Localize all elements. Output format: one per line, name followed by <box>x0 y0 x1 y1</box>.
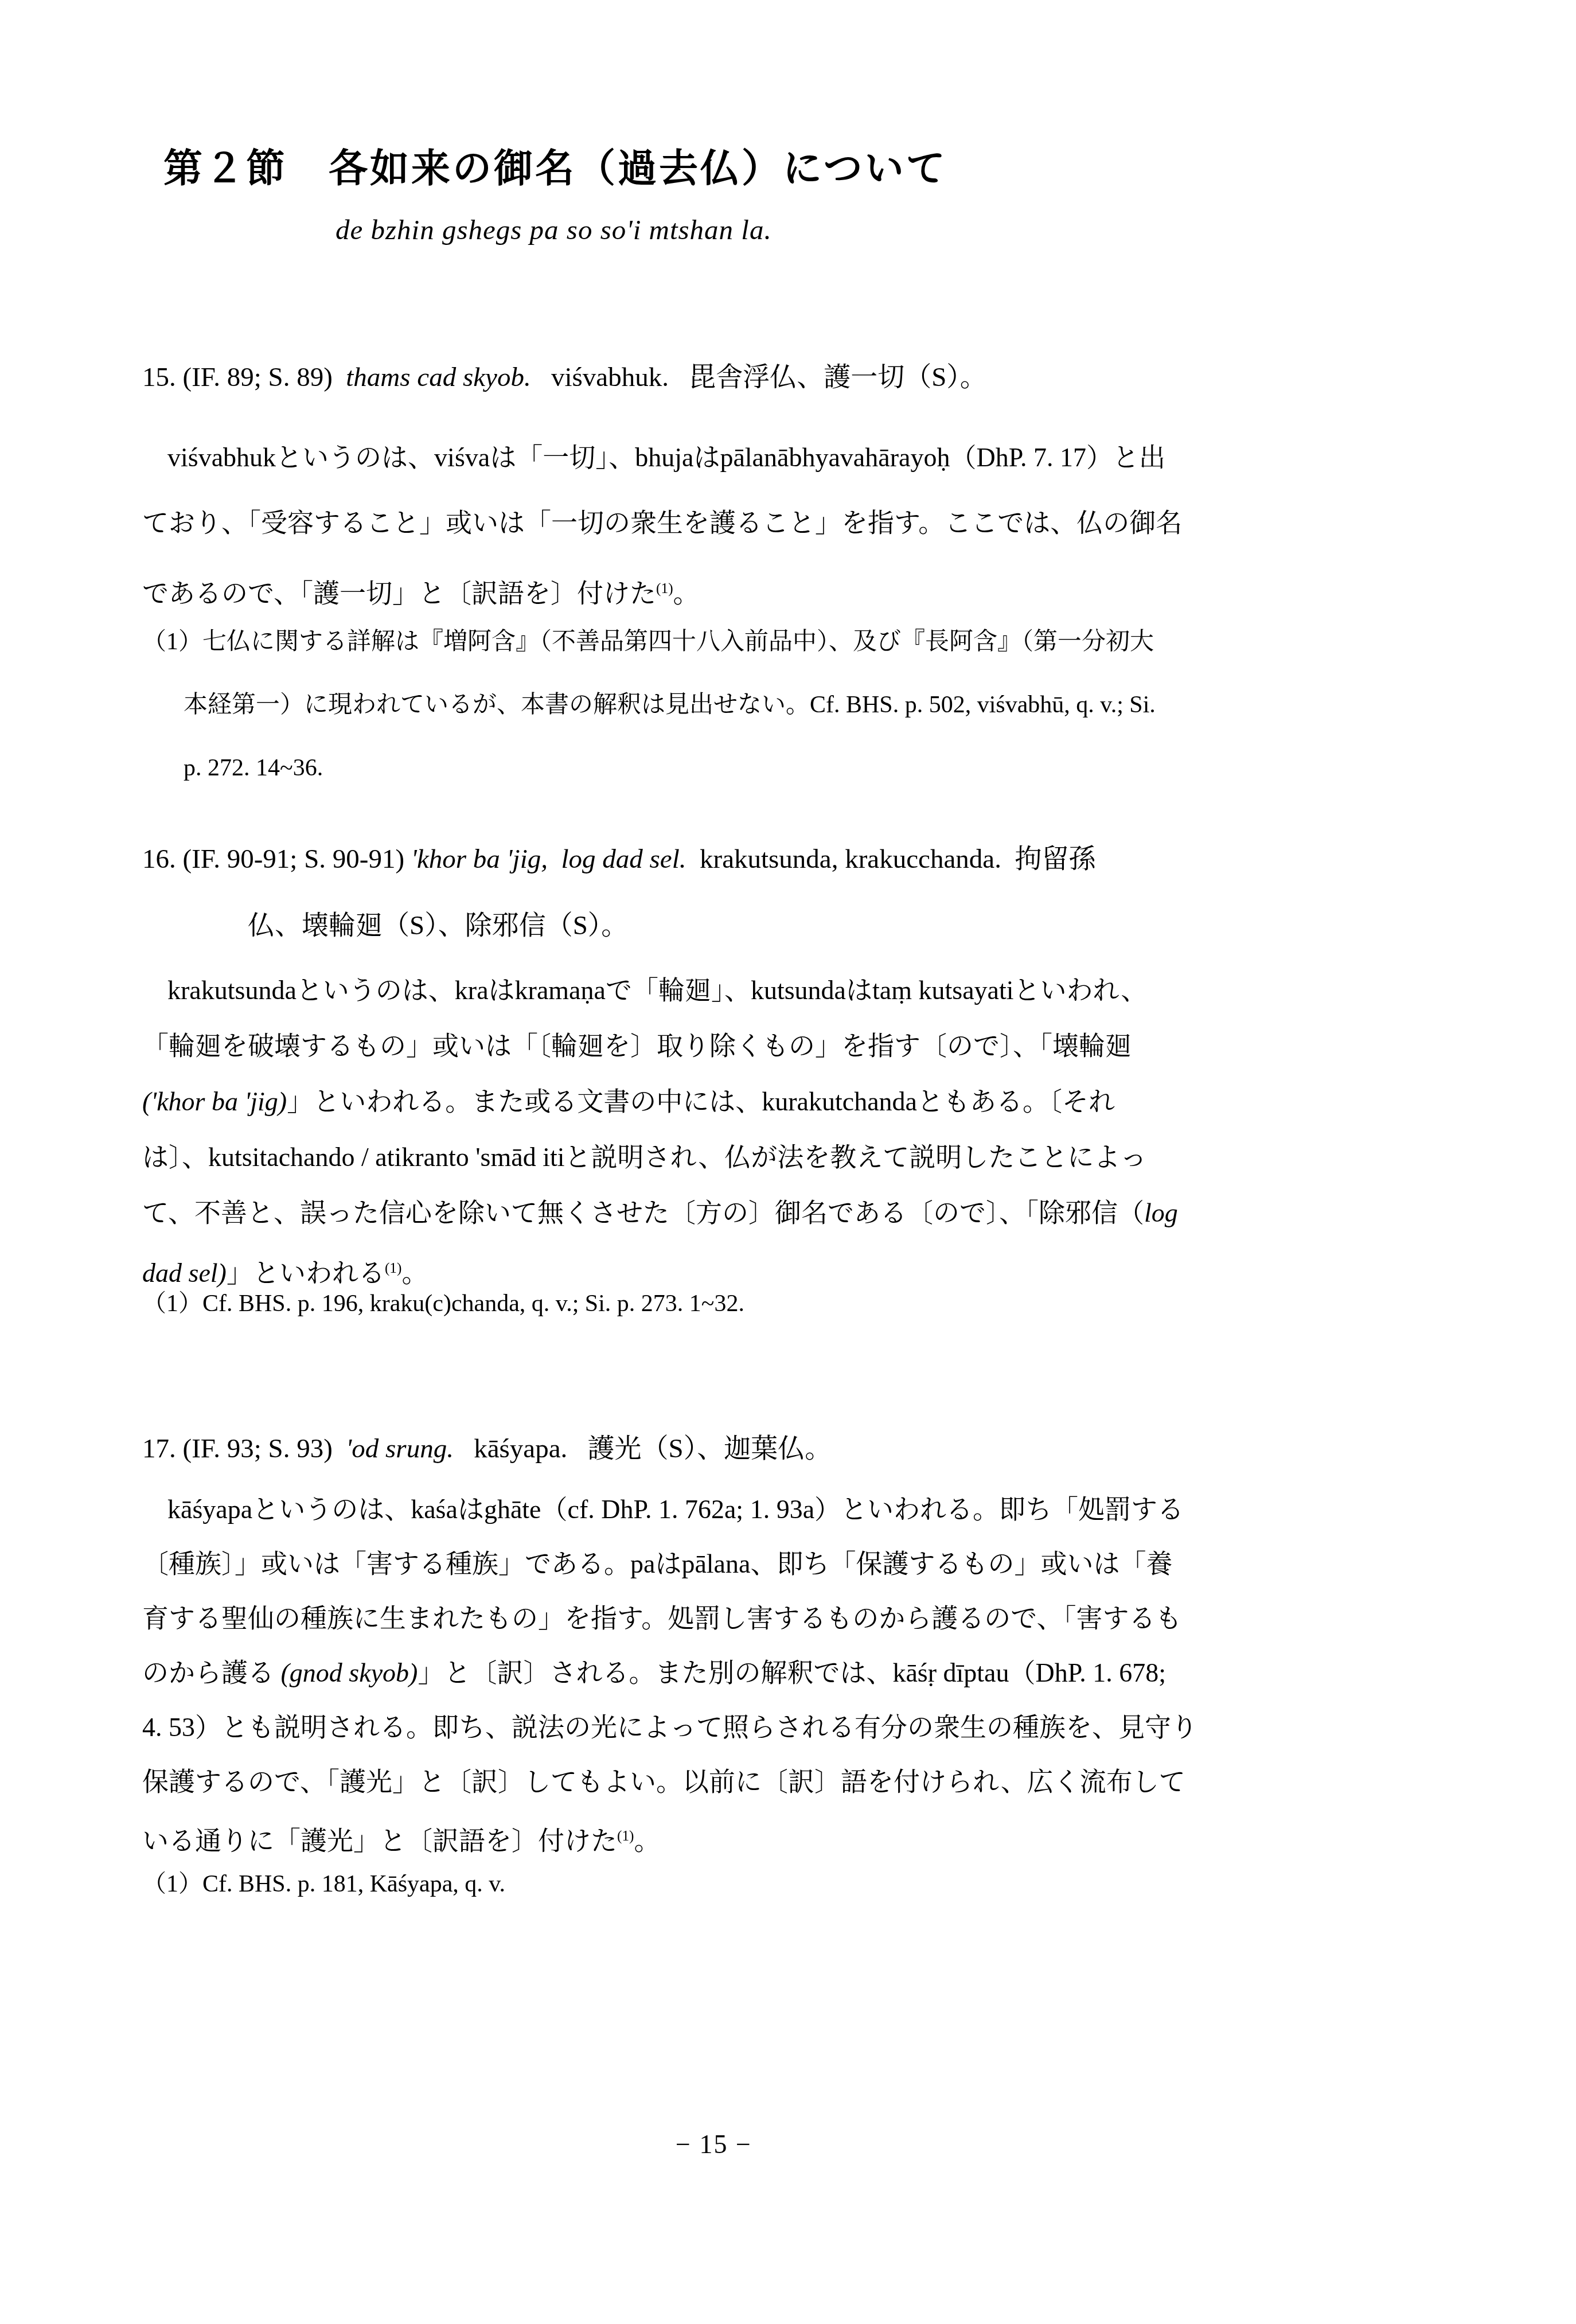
text-segment: （1）七仏に関する詳解は『増阿含』（不善品第四十八入前品中）、及び『長阿含』（第… <box>142 629 1154 655</box>
entry-17-body-line: 保護するので、「護光」と〔訳〕してもよい。以前に〔訳〕語を付けられ、広く流布して <box>142 1754 1440 1809</box>
entry-16-heading-line: 仏、壊輪廻（S）、除邪信（S）。 <box>142 892 1440 959</box>
entry-15-footnote-line: p. 272. 14~36. <box>142 736 1440 800</box>
entry-17-footnote: （1）Cf. BHS. p. 181, Kāśyapa, q. v. <box>142 1853 1440 1916</box>
entry-17-body-line: 4. 53）とも説明される。即ち、説法の光によって照らされる有分の衆生の種族を、… <box>142 1700 1440 1754</box>
entry-16-footnote-line: （1）Cf. BHS. p. 196, kraku(c)chanda, q. v… <box>142 1272 1440 1335</box>
entry-17-body-line: 育する聖仙の種族に生まれたもの」を指す。処罰し害するものから護るので、「害するも <box>142 1591 1440 1645</box>
text-segment-sup: (1) <box>617 1828 634 1844</box>
text-segment: 」と〔訳〕される。また別の解釈では、kāśṛ dīptau（DhP. 1. 67… <box>418 1658 1166 1687</box>
entry-15-footnote-line: （1）七仏に関する詳解は『増阿含』（不善品第四十八入前品中）、及び『長阿含』（第… <box>142 610 1440 673</box>
text-segment: （1）Cf. BHS. p. 181, Kāśyapa, q. v. <box>142 1871 505 1897</box>
text-segment: viśvabhuk. 毘舎浮仏、護一切（S）。 <box>531 362 987 392</box>
text-segment-italic: 'khor ba 'jig, <box>411 844 548 874</box>
text-segment-sup: (1) <box>656 580 673 596</box>
entry-15-body-line: viśvabhukというのは、viśvaは「一切」、bhujaはpālanābh… <box>142 425 1440 490</box>
text-segment: krakutsunda, krakucchanda. 拘留孫 <box>686 844 1096 874</box>
text-segment-italic: thams cad skyob. <box>346 362 530 392</box>
entry-15-body: viśvabhukというのは、viśvaは「一切」、bhujaはpālanābh… <box>142 425 1440 626</box>
text-segment <box>548 844 561 874</box>
text-segment: viśvabhukというのは、viśvaは「一切」、bhujaはpālanābh… <box>167 443 1165 472</box>
text-segment: kāśyapa. 護光（S）、迦葉仏。 <box>454 1434 832 1464</box>
entry-17-body-line: kāśyapaというのは、kaśaはghāte（cf. DhP. 1. 762a… <box>142 1482 1440 1537</box>
text-segment: 17. (IF. 93; S. 93) <box>142 1434 346 1464</box>
text-segment: は〕、kutsitachando / atikranto 'smād itiと説… <box>142 1142 1146 1172</box>
entry-17-footnote-line: （1）Cf. BHS. p. 181, Kāśyapa, q. v. <box>142 1853 1440 1916</box>
entry-15-heading-line: 15. (IF. 89; S. 89) thams cad skyob. viś… <box>142 344 1440 411</box>
entry-16-body-line: は〕、kutsitachando / atikranto 'smād itiと説… <box>142 1129 1440 1185</box>
entry-17-heading: 17. (IF. 93; S. 93) 'od srung. kāśyapa. … <box>142 1416 1440 1482</box>
text-segment-italic: 'od srung. <box>346 1434 454 1464</box>
entry-15-heading: 15. (IF. 89; S. 89) thams cad skyob. viś… <box>142 344 1440 411</box>
text-segment: いる通りに「護光」と〔訳語を〕付けた <box>142 1826 617 1855</box>
entry-16-body: krakutsundaというのは、kraはkramaṇaで「輪廻」、kutsun… <box>142 962 1440 1301</box>
text-segment: kāśyapaというのは、kaśaはghāte（cf. DhP. 1. 762a… <box>167 1495 1184 1524</box>
entry-17-body-line: 〔種族〕」或いは「害する種族」である。paはpālana、即ち「保護するもの」或… <box>142 1537 1440 1591</box>
text-segment: 本経第一）に現われているが、本書の解釈は見出せない。Cf. BHS. p. 50… <box>184 692 1156 718</box>
text-segment: 4. 53）とも説明される。即ち、説法の光によって照らされる有分の衆生の種族を、… <box>142 1713 1197 1742</box>
text-segment: p. 272. 14~36. <box>184 755 323 781</box>
text-segment: krakutsundaというのは、kraはkramaṇaで「輪廻」、kutsun… <box>167 976 1147 1005</box>
entry-15-footnote-line: 本経第一）に現われているが、本書の解釈は見出せない。Cf. BHS. p. 50… <box>142 673 1440 736</box>
section-subtitle: de bzhin gshegs pa so so'i mtshan la. <box>336 213 772 246</box>
text-segment: 」といわれる。また或る文書の中には、kurakutchandaともある。〔それ <box>287 1087 1115 1116</box>
scanned-document-page: 第２節 各如来の御名（過去仏）について de bzhin gshegs pa s… <box>0 0 1576 2324</box>
text-segment: 保護するので、「護光」と〔訳〕してもよい。以前に〔訳〕語を付けられ、広く流布して <box>142 1767 1185 1796</box>
text-segment: であるので、「護一切」と〔訳語を〕付けた <box>142 579 656 608</box>
entry-17-body-line: のから護る (gnod skyob)」と〔訳〕される。また別の解釈では、kāśṛ… <box>142 1645 1440 1700</box>
entry-16-footnote: （1）Cf. BHS. p. 196, kraku(c)chanda, q. v… <box>142 1272 1440 1335</box>
entry-17-body: kāśyapaというのは、kaśaはghāte（cf. DhP. 1. 762a… <box>142 1482 1440 1868</box>
text-segment: 。 <box>634 1826 661 1855</box>
entry-16-body-line: て、不善と、誤った信心を除いて無くさせた〔方の〕御名である〔ので〕、「除邪信（l… <box>142 1185 1440 1241</box>
text-segment: 育する聖仙の種族に生まれたもの」を指す。処罰し害するものから護るので、「害するも <box>142 1604 1181 1633</box>
text-segment-italic: (gnod skyob) <box>281 1658 418 1687</box>
section-title: 第２節 各如来の御名（過去仏）について <box>163 138 947 193</box>
text-segment-italic: log dad sel. <box>561 844 686 874</box>
text-segment: 。 <box>673 579 700 608</box>
entry-16-heading: 16. (IF. 90-91; S. 90-91) 'khor ba 'jig,… <box>142 826 1440 959</box>
text-segment: て、不善と、誤った信心を除いて無くさせた〔方の〕御名である〔ので〕、「除邪信（ <box>142 1198 1144 1227</box>
text-segment: のから護る <box>142 1658 281 1687</box>
entry-17-heading-line: 17. (IF. 93; S. 93) 'od srung. kāśyapa. … <box>142 1416 1440 1482</box>
text-segment-italic: ('khor ba 'jig) <box>142 1087 287 1116</box>
entry-15-body-line: ており、「受容すること」或いは「一切の衆生を護ること」を指す。ここでは、仏の御名 <box>142 490 1440 556</box>
text-segment: 15. (IF. 89; S. 89) <box>142 362 346 392</box>
entry-16-body-line: 「輪廻を破壊するもの」或いは「〔輪廻を〕取り除くもの」を指す〔ので〕、「壊輪廻 <box>142 1018 1440 1074</box>
entry-16-body-line: krakutsundaというのは、kraはkramaṇaで「輪廻」、kutsun… <box>142 962 1440 1018</box>
text-segment: 〔種族〕」或いは「害する種族」である。paはpālana、即ち「保護するもの」或… <box>142 1549 1172 1578</box>
text-segment: 16. (IF. 90-91; S. 90-91) <box>142 844 411 874</box>
page-number: − 15 − <box>676 2129 752 2159</box>
text-segment: 仏、壊輪廻（S）、除邪信（S）。 <box>248 911 628 941</box>
entry-16-heading-line: 16. (IF. 90-91; S. 90-91) 'khor ba 'jig,… <box>142 826 1440 892</box>
entry-16-body-line: ('khor ba 'jig)」といわれる。また或る文書の中には、kurakut… <box>142 1074 1440 1129</box>
entry-15-footnote: （1）七仏に関する詳解は『増阿含』（不善品第四十八入前品中）、及び『長阿含』（第… <box>142 610 1440 800</box>
text-segment: ており、「受容すること」或いは「一切の衆生を護ること」を指す。ここでは、仏の御名 <box>142 508 1182 537</box>
text-segment: （1）Cf. BHS. p. 196, kraku(c)chanda, q. v… <box>142 1290 744 1317</box>
text-segment: 「輪廻を破壊するもの」或いは「〔輪廻を〕取り除くもの」を指す〔ので〕、「壊輪廻 <box>142 1031 1132 1060</box>
text-segment-italic: log <box>1144 1198 1178 1227</box>
